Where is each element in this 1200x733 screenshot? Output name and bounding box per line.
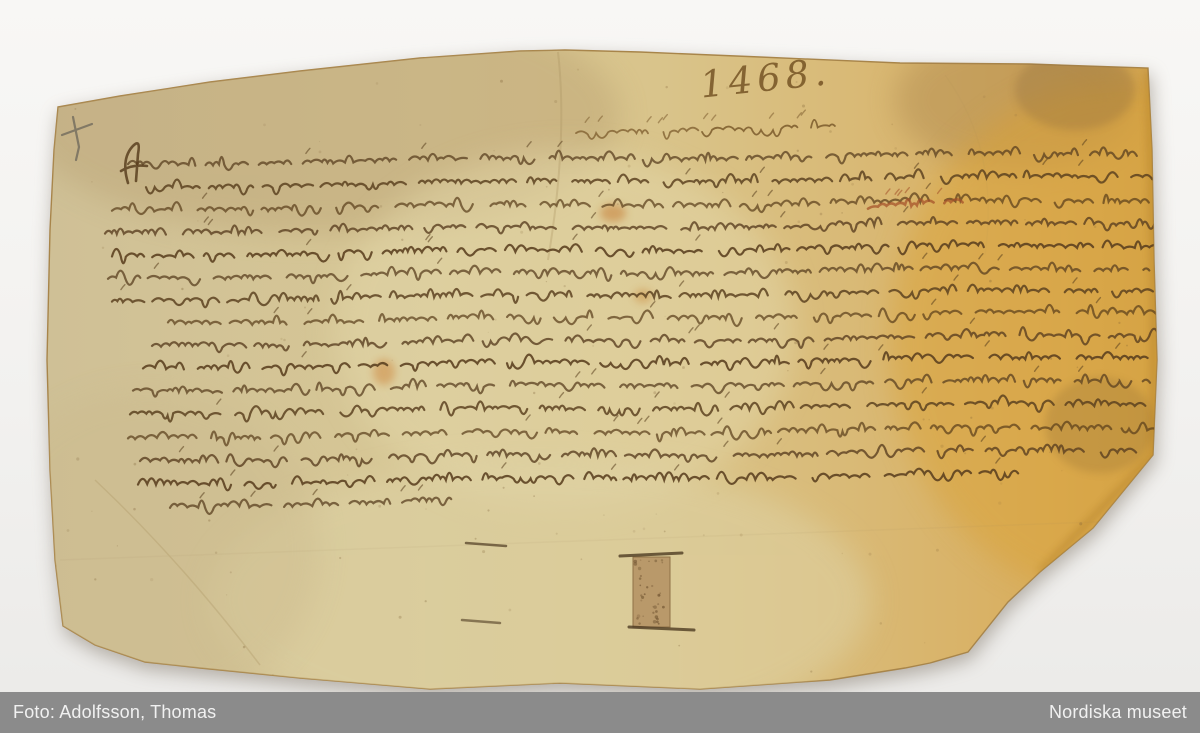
parchment-document: 1468. <box>0 0 1200 733</box>
photo-credit: Foto: Adolfsson, Thomas <box>13 702 216 723</box>
caption-bar: Foto: Adolfsson, Thomas Nordiska museet <box>0 692 1200 733</box>
museum-photo: 1468. Foto: Adolfsson, Thomas Nordiska m… <box>0 0 1200 733</box>
museum-name: Nordiska museet <box>1049 702 1187 723</box>
parchment-photograph: 1468. <box>0 0 1200 733</box>
